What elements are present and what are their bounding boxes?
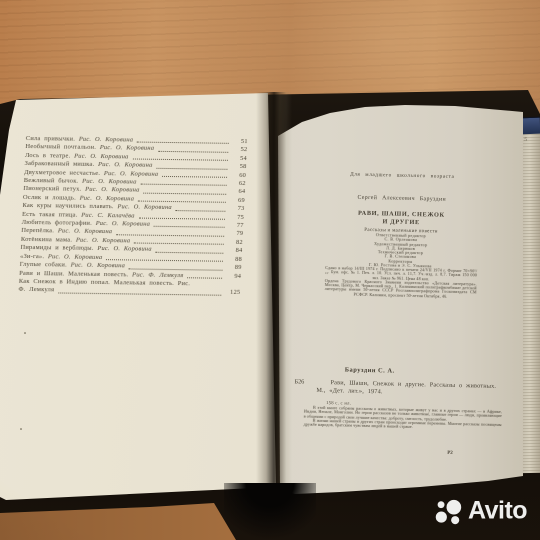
dot-leader — [137, 142, 229, 144]
toc-page-number: 60 — [230, 171, 246, 180]
editorial-staff: Ответственный редакторС. В. ОрлеановаХуд… — [279, 231, 522, 270]
dot-leader — [134, 243, 224, 245]
toc-page-number: 75 — [228, 213, 244, 222]
toc-page-number: 94 — [225, 272, 241, 281]
toc-page-number: 125 — [224, 289, 240, 298]
dot-leader — [143, 192, 226, 194]
annotation-paragraph-2: В жизни нашей страны и других стран прои… — [304, 419, 502, 432]
dust-speck — [24, 332, 26, 334]
page-stack-fore-edge — [521, 131, 540, 473]
table-of-contents: Сила привычки. Рис. О. Коровина51Необычн… — [18, 135, 248, 298]
imprint-block: Сдано в набор 14/III 1974 г. Подписано к… — [325, 266, 478, 300]
toc-page-number: 82 — [227, 239, 243, 248]
dot-leader — [116, 234, 224, 237]
toc-title: Ф. Лемкуля — [18, 286, 54, 295]
dot-leader — [58, 292, 221, 295]
toc-page-number: 77 — [227, 222, 243, 231]
avito-logo-icon — [434, 498, 464, 527]
dot-leader — [156, 252, 224, 254]
imprint-page-content: Для младшего школьного возраста Сергей А… — [274, 98, 525, 503]
imprint-publisher: Ордена Трудового Красного Знамени издате… — [325, 279, 477, 300]
dot-leader — [154, 226, 225, 228]
dot-leader — [162, 176, 227, 178]
toc-page-number: 69 — [229, 197, 245, 206]
catalog-code: Б26 — [294, 378, 304, 385]
dot-leader — [106, 259, 223, 262]
toc-page-number: 79 — [227, 230, 243, 239]
toc-page-number: 51 — [232, 138, 248, 147]
avito-watermark: Avito — [434, 498, 527, 527]
author-name: Сергей Алексеевич Баруздин — [281, 193, 523, 204]
dot-leader — [132, 159, 227, 161]
age-note: Для младшего школьного возраста — [281, 170, 523, 181]
dot-leader — [140, 184, 226, 186]
dot-leader — [129, 268, 223, 270]
dust-speck — [20, 428, 22, 430]
annotation-block: В этой книге собраны рассказы о животных… — [304, 406, 502, 432]
toc-page-number: 54 — [231, 155, 247, 164]
dot-leader — [176, 210, 226, 212]
dot-leader — [156, 167, 227, 169]
book-photo: Сила привычки. Рис. О. Коровина51Необычн… — [0, 0, 540, 540]
dot-leader — [139, 218, 225, 220]
toc-page-number: 52 — [231, 146, 247, 155]
classification-code: Р2 — [435, 451, 465, 457]
dot-leader — [138, 201, 226, 203]
toc-page-number: 64 — [229, 188, 245, 197]
avito-watermark-text: Avito — [468, 497, 527, 526]
dot-leader — [187, 277, 222, 278]
toc-page-number: 58 — [230, 163, 246, 172]
toc-title: «Зи-га». — [20, 253, 45, 262]
toc-page-number: 89 — [225, 264, 241, 273]
toc-page-number: 73 — [228, 205, 244, 214]
toc-page-number: 88 — [226, 255, 242, 264]
toc-page-number: 84 — [226, 247, 242, 256]
toc-page-number: 62 — [230, 180, 246, 189]
catalog-author: Баруздин С. А. — [345, 366, 395, 374]
dot-leader — [158, 151, 228, 153]
catalog-entry: Рави, Шаши, Снежок и другие. Рассказы о … — [316, 379, 498, 398]
